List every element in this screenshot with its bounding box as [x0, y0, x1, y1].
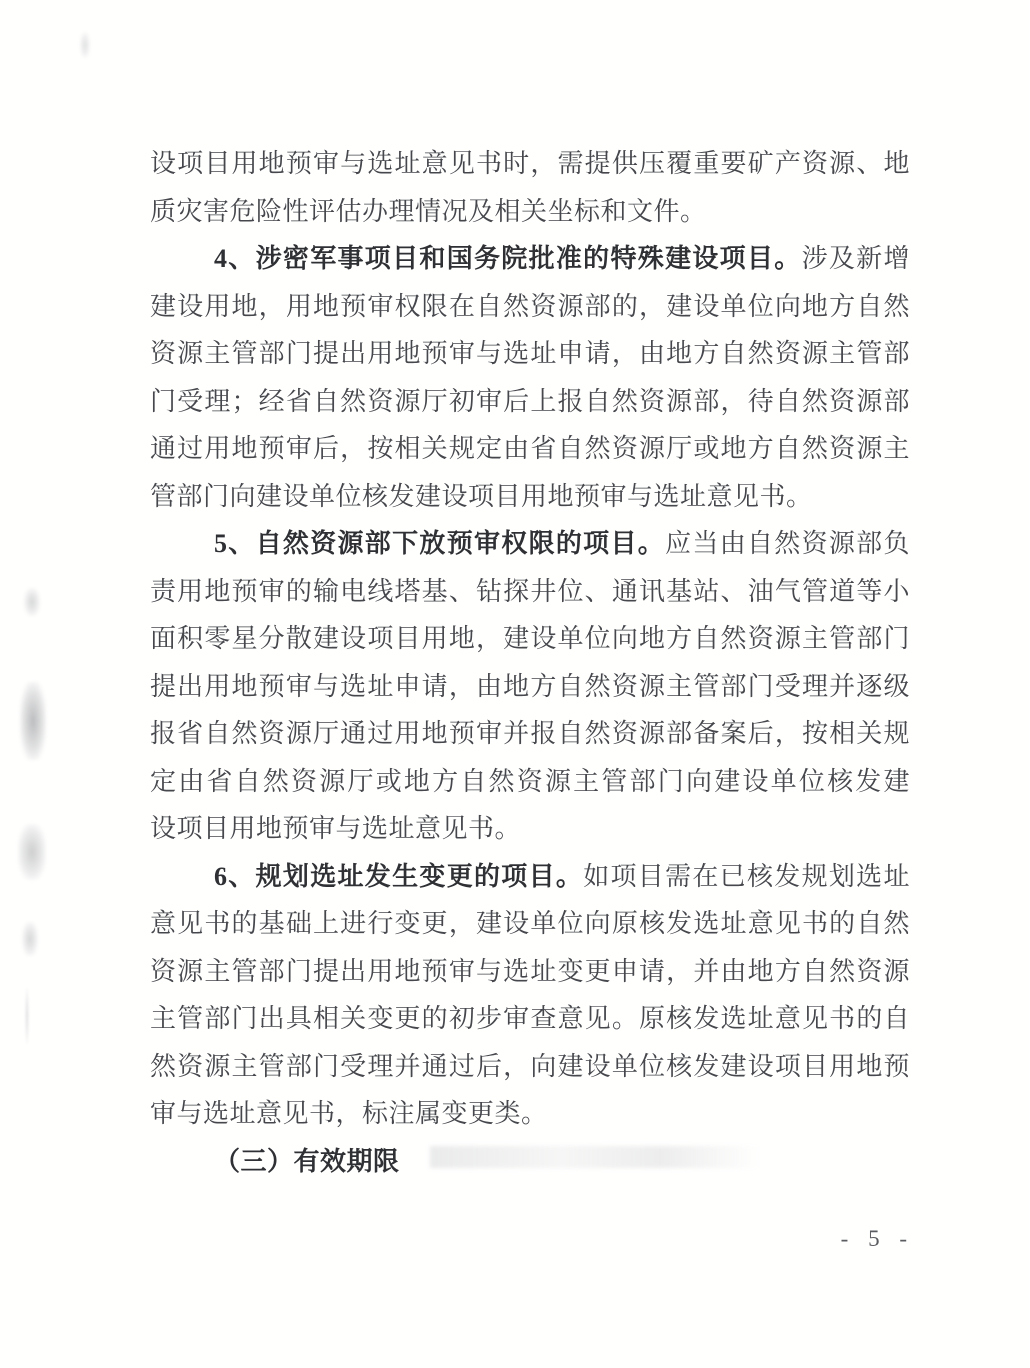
heading-text: 6、规划选址发生变更的项目。 [214, 862, 583, 891]
body-text: 资源主管部门提出用地预审与选址变更申请，并由地方自然资源 [150, 957, 910, 986]
body-text: 质灾害危险性评估办理情况及相关坐标和文件。 [150, 197, 707, 226]
text-line: 管部门向建设单位核发建设项目用地预审与选址意见书。 [150, 473, 910, 521]
body-text: 报省自然资源厅通过用地预审并报自然资源部备案后，按相关规 [150, 719, 910, 748]
text-line: 设项目用地预审与选址意见书时，需提供压覆重要矿产资源、地 [150, 140, 910, 188]
body-text: 涉及新增 [802, 244, 910, 273]
body-text: 意见书的基础上进行变更，建设单位向原核发选址意见书的自然 [150, 909, 910, 938]
body-text: 然资源主管部门受理并通过后，向建设单位核发建设项目用地预 [150, 1052, 910, 1081]
page-number: - 5 - [841, 1226, 914, 1252]
heading-text: 4、涉密军事项目和国务院批准的特殊建设项目。 [214, 244, 802, 273]
scan-artifact [20, 682, 46, 760]
text-line: 然资源主管部门受理并通过后，向建设单位核发建设项目用地预 [150, 1043, 910, 1091]
text-line: （三）有效期限 [150, 1138, 910, 1186]
text-line: 主管部门出具相关变更的初步审查意见。原核发选址意见书的自 [150, 995, 910, 1043]
heading-text: 5、自然资源部下放预审权限的项目。 [214, 529, 665, 558]
scan-artifact [25, 988, 29, 1044]
scanned-document-page: 设项目用地预审与选址意见书时，需提供压覆重要矿产资源、地质灾害危险性评估办理情况… [0, 0, 1030, 1368]
text-line: 定由省自然资源厅或地方自然资源主管部门向建设单位核发建 [150, 758, 910, 806]
text-line: 面积零星分散建设项目用地，建设单位向地方自然资源主管部门 [150, 615, 910, 663]
body-text: 建设用地，用地预审权限在自然资源部的，建设单位向地方自然 [150, 292, 910, 321]
text-line: 责用地预审的输电线塔基、钻探井位、通讯基站、油气管道等小 [150, 568, 910, 616]
text-line: 门受理；经省自然资源厅初审后上报自然资源部，待自然资源部 [150, 378, 910, 426]
body-text: 责用地预审的输电线塔基、钻探井位、通讯基站、油气管道等小 [150, 577, 910, 606]
text-line: 5、自然资源部下放预审权限的项目。应当由自然资源部负 [150, 520, 910, 568]
scan-artifact [22, 922, 38, 956]
body-text: 资源主管部门提出用地预审与选址申请，由地方自然资源主管部 [150, 339, 910, 368]
scan-artifact [24, 588, 40, 616]
text-line: 通过用地预审后，按相关规定由省自然资源厅或地方自然资源主 [150, 425, 910, 473]
text-line: 设项目用地预审与选址意见书。 [150, 805, 910, 853]
body-text: 如项目需在已核发规划选址 [583, 862, 910, 891]
text-line: 审与选址意见书，标注属变更类。 [150, 1090, 910, 1138]
body-text: 审与选址意见书，标注属变更类。 [150, 1099, 548, 1128]
body-text: 设项目用地预审与选址意见书时，需提供压覆重要矿产资源、地 [150, 149, 910, 178]
text-line: 质灾害危险性评估办理情况及相关坐标和文件。 [150, 188, 910, 236]
body-text: 提出用地预审与选址申请，由地方自然资源主管部门受理并逐级 [150, 672, 910, 701]
text-line: 4、涉密军事项目和国务院批准的特殊建设项目。涉及新增 [150, 235, 910, 283]
text-line: 意见书的基础上进行变更，建设单位向原核发选址意见书的自然 [150, 900, 910, 948]
body-text: 主管部门出具相关变更的初步审查意见。原核发选址意见书的自 [150, 1004, 910, 1033]
body-text: 管部门向建设单位核发建设项目用地预审与选址意见书。 [150, 482, 813, 511]
text-line: 报省自然资源厅通过用地预审并报自然资源部备案后，按相关规 [150, 710, 910, 758]
heading-text: （三）有效期限 [214, 1147, 400, 1176]
body-text: 定由省自然资源厅或地方自然资源主管部门向建设单位核发建 [150, 767, 910, 796]
scan-artifact [80, 32, 90, 58]
text-line: 提出用地预审与选址申请，由地方自然资源主管部门受理并逐级 [150, 663, 910, 711]
text-line: 建设用地，用地预审权限在自然资源部的，建设单位向地方自然 [150, 283, 910, 331]
body-text: 应当由自然资源部负 [665, 529, 910, 558]
text-line: 资源主管部门提出用地预审与选址申请，由地方自然资源主管部 [150, 330, 910, 378]
body-text: 面积零星分散建设项目用地，建设单位向地方自然资源主管部门 [150, 624, 910, 653]
document-body: 设项目用地预审与选址意见书时，需提供压覆重要矿产资源、地质灾害危险性评估办理情况… [150, 140, 910, 1185]
body-text: 门受理；经省自然资源厅初审后上报自然资源部，待自然资源部 [150, 387, 910, 416]
body-text: 设项目用地预审与选址意见书。 [150, 814, 521, 843]
text-line: 资源主管部门提出用地预审与选址变更申请，并由地方自然资源 [150, 948, 910, 996]
body-text: 通过用地预审后，按相关规定由省自然资源厅或地方自然资源主 [150, 434, 910, 463]
text-line: 6、规划选址发生变更的项目。如项目需在已核发规划选址 [150, 853, 910, 901]
scan-artifact [18, 824, 46, 880]
